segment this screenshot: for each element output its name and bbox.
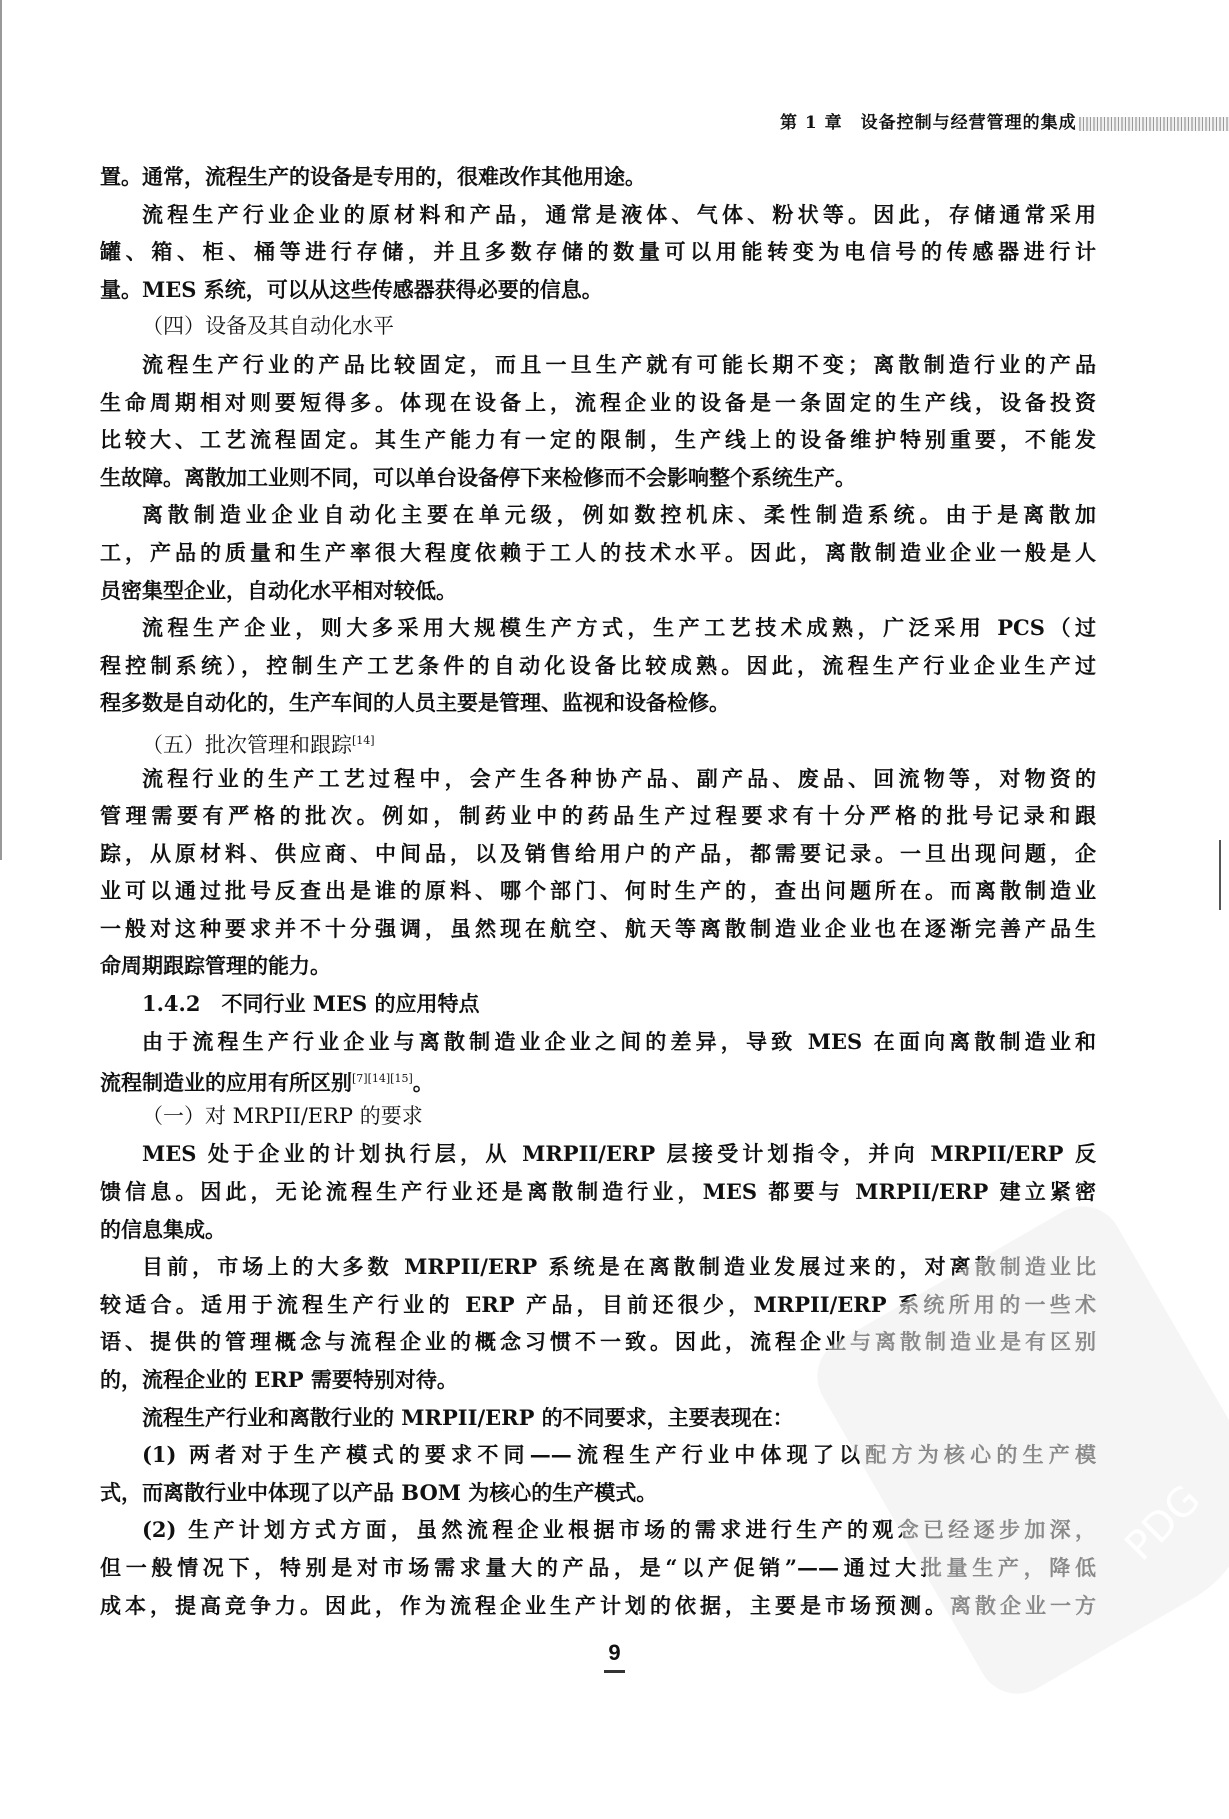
text-line: 的信息集成。 <box>100 1211 1096 1249</box>
line-text: 比较大、工艺流程固定。其生产能力有一定的限制，生产线上的设备维护特别重要，不能发 <box>100 427 1096 452</box>
line-text: 置。通常，流程生产的设备是专用的，很难改作其他用途。 <box>100 164 646 189</box>
text-line: 程多数是自动化的，生产车间的人员主要是管理、监视和设备检修。 <box>100 684 1096 722</box>
line-text: 一般对这种要求并不十分强调，虽然现在航空、航天等离散制造业企业也在逐渐完善产品生 <box>100 916 1096 941</box>
text-line: 业可以通过批号反查出是谁的原料、哪个部门、何时生产的，查出问题所在。而离散制造业 <box>100 872 1096 910</box>
line-text: MES 处于企业的计划执行层，从 MRPII/ERP 层接受计划指令，并向 MR… <box>142 1141 1096 1166</box>
subsection-heading: （四）设备及其自动化水平 <box>100 308 1096 346</box>
line-text: （五）批次管理和跟踪 <box>142 733 352 757</box>
line-text: 业可以通过批号反查出是谁的原料、哪个部门、何时生产的，查出问题所在。而离散制造业 <box>100 878 1096 903</box>
line-text: 流程生产行业的产品比较固定，而且一旦生产就有可能长期不变；离散制造行业的产品 <box>142 352 1096 377</box>
text-line: 流程生产行业企业的原材料和产品，通常是液体、气体、粉状等。因此，存储通常采用 <box>100 196 1096 234</box>
line-text: 式，而离散行业中体现了以产品 BOM 为核心的生产模式。 <box>100 1480 657 1505</box>
running-header: 第 1 章 设备控制与经营管理的集成 <box>780 108 1229 133</box>
line-text: 量。MES 系统，可以从这些传感器获得必要的信息。 <box>100 277 603 302</box>
line-text: 生故障。离散加工业则不同，可以单台设备停下来检修而不会影响整个系统生产。 <box>100 465 856 490</box>
line-text: 的，流程企业的 ERP 需要特别对待。 <box>100 1367 458 1392</box>
line-text: 由于流程生产行业企业与离散制造业企业之间的差异，导致 MES 在面向离散制造业和 <box>142 1029 1096 1054</box>
scan-left-edge <box>0 0 2 860</box>
line-text: 程控制系统），控制生产工艺条件的自动化设备比较成熟。因此，流程生产行业企业生产过 <box>100 653 1096 678</box>
line-text: 员密集型企业，自动化水平相对较低。 <box>100 578 457 603</box>
line-text: 流程生产行业和离散行业的 MRPII/ERP 的不同要求，主要表现在： <box>142 1405 794 1430</box>
text-line: 流程生产企业，则大多采用大规模生产方式，生产工艺技术成熟，广泛采用 PCS（过 <box>100 609 1096 647</box>
citation-ref: [7][14][15] <box>352 1072 413 1085</box>
line-text: 管理需要有严格的批次。例如，制药业中的药品生产过程要求有十分严格的批号记录和跟 <box>100 803 1096 828</box>
text-line: 罐、箱、柜、桶等进行存储，并且多数存储的数量可以用能转变为电信号的传感器进行计 <box>100 233 1096 271</box>
text-line: 生命周期相对则要短得多。体现在设备上，流程企业的设备是一条固定的生产线，设备投资 <box>100 384 1096 422</box>
text-line: 量。MES 系统，可以从这些传感器获得必要的信息。 <box>100 271 1096 309</box>
text-line: 员密集型企业，自动化水平相对较低。 <box>100 572 1096 610</box>
line-text: 流程行业的生产工艺过程中，会产生各种协产品、副产品、废品、回流物等，对物资的 <box>142 766 1096 791</box>
line-text: 的信息集成。 <box>100 1217 226 1242</box>
subsection-heading: （一）对 MRPII/ERP 的要求 <box>100 1098 1096 1136</box>
text-line: 一般对这种要求并不十分强调，虽然现在航空、航天等离散制造业企业也在逐渐完善产品生 <box>100 910 1096 948</box>
line-text: （一）对 MRPII/ERP 的要求 <box>142 1104 423 1128</box>
line-text: 程多数是自动化的，生产车间的人员主要是管理、监视和设备检修。 <box>100 690 730 715</box>
page-number: 9 <box>0 1640 1229 1673</box>
subsection-heading: （五）批次管理和跟踪[14] <box>100 722 1096 760</box>
text-line: 流程行业的生产工艺过程中，会产生各种协产品、副产品、废品、回流物等，对物资的 <box>100 760 1096 798</box>
page-number-text: 9 <box>604 1640 624 1673</box>
line-text: 踪，从原材料、供应商、中间品，以及销售给用户的产品，都需要记录。一旦出现问题，企 <box>100 841 1096 866</box>
text-line: 比较大、工艺流程固定。其生产能力有一定的限制，生产线上的设备维护特别重要，不能发 <box>100 421 1096 459</box>
line-text: （四）设备及其自动化水平 <box>142 314 394 338</box>
scan-noise <box>1079 117 1229 131</box>
scan-margin-mark <box>1219 840 1221 910</box>
line-text: 离散制造业企业自动化主要在单元级，例如数控机床、柔性制造系统。由于是离散加 <box>142 502 1096 527</box>
line-text: 1.4.2 不同行业 MES 的应用特点 <box>142 991 480 1016</box>
text-line: 踪，从原材料、供应商、中间品，以及销售给用户的产品，都需要记录。一旦出现问题，企 <box>100 835 1096 873</box>
text-line: 离散制造业企业自动化主要在单元级，例如数控机床、柔性制造系统。由于是离散加 <box>100 496 1096 534</box>
text-line: 流程生产行业的产品比较固定，而且一旦生产就有可能长期不变；离散制造行业的产品 <box>100 346 1096 384</box>
citation-ref: [14] <box>352 734 375 747</box>
line-text: 流程生产行业企业的原材料和产品，通常是液体、气体、粉状等。因此，存储通常采用 <box>142 202 1096 227</box>
section-heading: 1.4.2 不同行业 MES 的应用特点 <box>100 985 1096 1023</box>
text-line: 管理需要有严格的批次。例如，制药业中的药品生产过程要求有十分严格的批号记录和跟 <box>100 797 1096 835</box>
line-text: 生命周期相对则要短得多。体现在设备上，流程企业的设备是一条固定的生产线，设备投资 <box>100 390 1096 415</box>
line-text: 流程制造业的应用有所区别 <box>100 1070 352 1095</box>
text-line: 生故障。离散加工业则不同，可以单台设备停下来检修而不会影响整个系统生产。 <box>100 459 1096 497</box>
text-line: 流程制造业的应用有所区别[7][14][15]。 <box>100 1060 1096 1098</box>
line-text: 罐、箱、柜、桶等进行存储，并且多数存储的数量可以用能转变为电信号的传感器进行计 <box>100 239 1096 264</box>
line-text: 工，产品的质量和生产率很大程度依赖于工人的技术水平。因此，离散制造业企业一般是人 <box>100 540 1096 565</box>
text-line: 由于流程生产行业企业与离散制造业企业之间的差异，导致 MES 在面向离散制造业和 <box>100 1023 1096 1061</box>
text-line: 馈信息。因此，无论流程生产行业还是离散制造行业，MES 都要与 MRPII/ER… <box>100 1173 1096 1211</box>
line-text: 命周期跟踪管理的能力。 <box>100 953 331 978</box>
line-text: 流程生产企业，则大多采用大规模生产方式，生产工艺技术成熟，广泛采用 PCS（过 <box>142 615 1096 640</box>
running-head-text: 第 1 章 设备控制与经营管理的集成 <box>780 113 1077 133</box>
text-line: MES 处于企业的计划执行层，从 MRPII/ERP 层接受计划指令，并向 MR… <box>100 1135 1096 1173</box>
text-line: 程控制系统），控制生产工艺条件的自动化设备比较成熟。因此，流程生产行业企业生产过 <box>100 647 1096 685</box>
text-line: 置。通常，流程生产的设备是专用的，很难改作其他用途。 <box>100 158 1096 196</box>
line-text: 馈信息。因此，无论流程生产行业还是离散制造行业，MES 都要与 MRPII/ER… <box>100 1179 1096 1204</box>
text-line: 命周期跟踪管理的能力。 <box>100 947 1096 985</box>
line-punct: 。 <box>413 1070 434 1095</box>
text-line: 工，产品的质量和生产率很大程度依赖于工人的技术水平。因此，离散制造业企业一般是人 <box>100 534 1096 572</box>
